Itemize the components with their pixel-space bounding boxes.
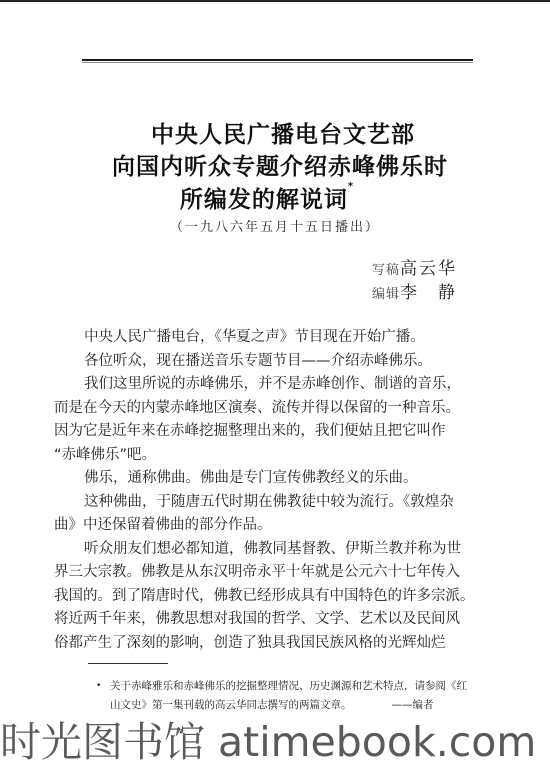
body-text: 中央人民广播电台，《华夏之声》节目现在开始广播。 各位听众，现在播送音乐专题节目… bbox=[84, 326, 474, 655]
title-text-2: 向国内听众专题介绍赤峰佛乐时 bbox=[112, 154, 448, 180]
title-line-1: 中央人民广播电台文艺部 bbox=[8, 116, 550, 149]
body-line: 中央人民广播电台，《华夏之声》节目现在开始广播。 bbox=[84, 326, 474, 350]
header-rule-thin bbox=[82, 62, 473, 63]
title-line-3: 所编发的解说词* bbox=[0, 181, 542, 214]
footnote: • 关于赤峰雅乐和赤峰佛乐的挖掘整理情况、历史渊源和艺术特点，请参阅《红 山文史… bbox=[100, 677, 500, 715]
title-line-2: 向国内听众专题介绍赤峰佛乐时 bbox=[5, 148, 550, 181]
footnote-signature: ——编者 bbox=[392, 699, 434, 711]
broadcast-date: （一九八六年五月十五日播出） bbox=[0, 216, 550, 235]
footnote-rule bbox=[88, 663, 168, 664]
credit-role: 写稿 bbox=[372, 263, 400, 278]
credit-editor: 编辑李 静 bbox=[372, 278, 457, 303]
credit-role: 编辑 bbox=[372, 287, 400, 302]
footnote-bullet-icon: • bbox=[96, 677, 101, 696]
watermark: 时光图书馆 atimebook.com bbox=[0, 717, 550, 767]
title-footnote-mark: * bbox=[348, 181, 354, 192]
body-line: “赤峰佛乐”吧。 bbox=[54, 444, 474, 468]
body-line: 将近两千年来，佛教思想对我国的哲学、文学、艺术以及民间风 bbox=[54, 608, 474, 632]
footnote-line: 关于赤峰雅乐和赤峰佛乐的挖掘整理情况、历史渊源和艺术特点，请参阅《红 bbox=[100, 677, 500, 696]
credit-name: 高云华 bbox=[400, 259, 457, 279]
page-top-edge bbox=[0, 0, 550, 2]
credit-name: 李 静 bbox=[400, 283, 457, 303]
footnote-line-text: 山文史》第一集刊载的高云华同志撰写的两篇文章。 bbox=[110, 699, 352, 711]
footnote-line: 山文史》第一集刊载的高云华同志撰写的两篇文章。——编者 bbox=[100, 696, 500, 715]
body-line: 这种佛曲，于随唐五代时期在佛教徒中较为流行。《敦煌杂 bbox=[84, 491, 474, 515]
body-line: 各位听众，现在播送音乐专题节目——介绍赤峰佛乐。 bbox=[84, 350, 474, 374]
body-line: 我国的。到了隋唐时代，佛教已经形成具有中国特色的许多宗派。 bbox=[54, 585, 474, 609]
header-rule bbox=[82, 59, 473, 61]
body-line: 听众朋友们想必都知道，佛教同基督教、伊斯兰教并称为世 bbox=[84, 538, 474, 562]
body-line: 而是在今天的内蒙赤峰地区演奏、流传并得以保留的一种音乐。 bbox=[54, 397, 474, 421]
body-line: 佛乐，通称佛曲。佛曲是专门宣传佛教经义的乐曲。 bbox=[84, 467, 474, 491]
body-line: 因为它是近年来在赤峰挖掘整理出来的，我们便姑且把它叫作 bbox=[54, 420, 474, 444]
body-line: 界三大宗教。佛教是从东汉明帝永平十年就是公元六十七年传入 bbox=[54, 561, 474, 585]
title-text-1: 中央人民广播电台文艺部 bbox=[151, 122, 415, 148]
credit-writer: 写稿高云华 bbox=[372, 254, 457, 279]
body-line: 我们这里所说的赤峰佛乐，并不是赤峰创作、制谱的音乐， bbox=[84, 373, 474, 397]
body-line: 曲》中还保留着佛曲的部分作品。 bbox=[54, 514, 474, 538]
title-text-3: 所编发的解说词 bbox=[180, 187, 348, 213]
body-line: 俗都产生了深刻的影响，创造了独具我国民族风格的光辉灿烂 bbox=[54, 632, 474, 656]
